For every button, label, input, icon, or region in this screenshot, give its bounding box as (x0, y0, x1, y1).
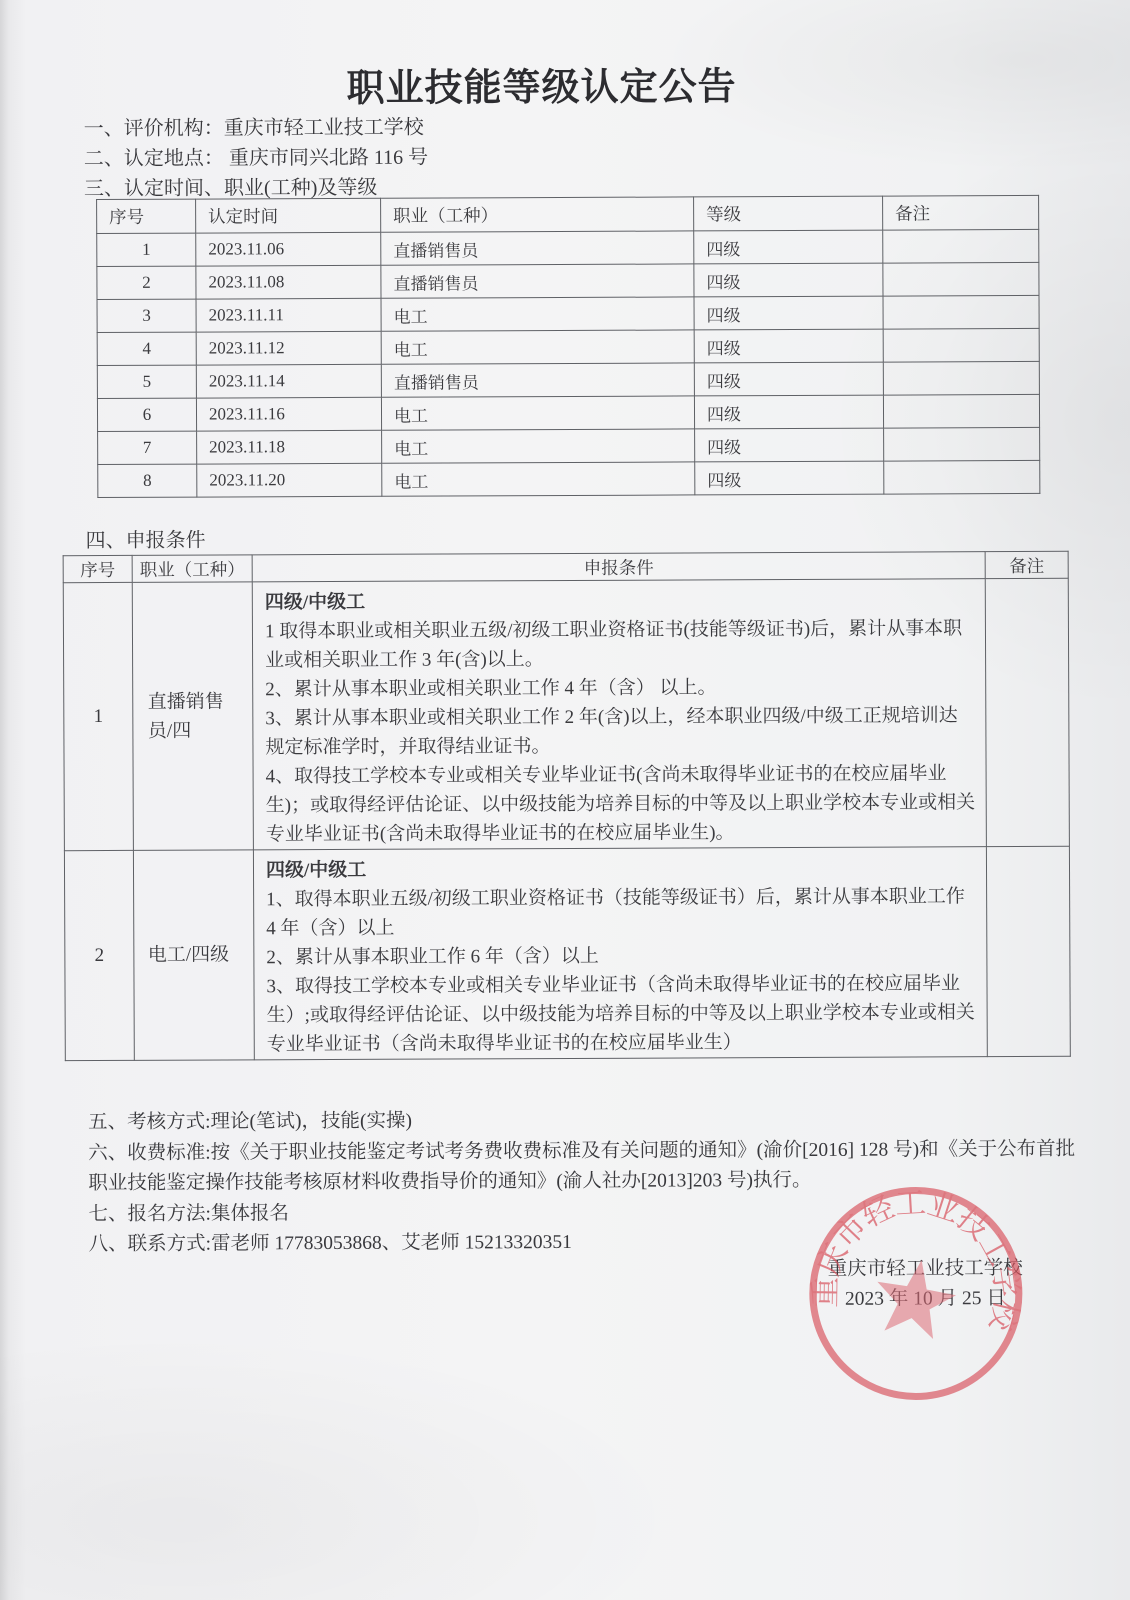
cell-job: 直播销售员/四 (132, 582, 253, 851)
cell-job: 电工 (382, 429, 695, 463)
cell-date: 2023.11.14 (196, 364, 381, 398)
cell-job: 直播销售员 (381, 264, 694, 298)
conditions-header-job: 职业（工种） (132, 555, 252, 583)
cell-note (883, 394, 1039, 428)
conditions-header-cond: 申报条件 (252, 552, 985, 582)
cell-note (884, 460, 1040, 494)
conditions-header-note: 备注 (985, 551, 1068, 578)
table-row: 3 2023.11.11 电工 四级 (97, 295, 1039, 332)
footer-item-fees: 六、收费标准:按《关于职业技能鉴定考试考务费收费标准及有关问题的通知》(渝价[2… (88, 1134, 1080, 1199)
scanned-announcement-page: 职业技能等级认定公告 一、评价机构：重庆市轻工业技工学校 二、认定地点： 重庆市… (0, 0, 1130, 1600)
cell-no: 2 (64, 850, 134, 1060)
schedule-header-row: 序号 认定时间 职业（工种） 等级 备注 (97, 195, 1039, 233)
cell-no: 5 (97, 365, 196, 398)
cell-date: 2023.11.06 (196, 232, 381, 266)
conditions-table: 序号 职业（工种） 申报条件 备注 1 直播销售员/四 四级/中级工 1 取得本… (63, 551, 1071, 1061)
table-row: 1 2023.11.06 直播销售员 四级 (97, 229, 1039, 266)
job-label: 直播销售员/四 (148, 687, 238, 745)
table-row: 6 2023.11.16 电工 四级 (97, 394, 1039, 431)
footer-item-assessment: 五、考核方式:理论(笔试)，技能(实操) (88, 1104, 1080, 1139)
cell-no: 7 (98, 431, 197, 464)
cell-note (883, 328, 1039, 362)
cell-note (883, 295, 1039, 329)
condition-item: 4、取得技工学校本专业或相关专业毕业证书(含尚未取得毕业证书的在校应届毕业生)；… (266, 759, 976, 849)
cell-level: 四级 (694, 263, 883, 297)
conditions-section-title: 四、申报条件 (85, 524, 205, 554)
schedule-header-level: 等级 (694, 196, 883, 231)
job-label: 电工/四级 (148, 940, 240, 969)
footer-item-registration: 七、报名方法:集体报名 (88, 1195, 1080, 1230)
cell-job: 电工 (381, 297, 694, 331)
cell-level: 四级 (694, 362, 883, 396)
cell-no: 6 (97, 398, 196, 431)
cell-no: 2 (97, 266, 196, 299)
cell-note (883, 229, 1039, 263)
cell-date: 2023.11.12 (196, 331, 381, 365)
cell-date: 2023.11.08 (196, 265, 381, 299)
intro-list: 一、评价机构：重庆市轻工业技工学校 二、认定地点： 重庆市同兴北路 116 号 … (84, 113, 429, 205)
conditions-row: 2 电工/四级 四级/中级工 1、取得本职业五级/初级工职业资格证书（技能等级证… (64, 846, 1070, 1060)
cell-no: 3 (97, 299, 196, 332)
table-row: 7 2023.11.18 电工 四级 (98, 427, 1040, 464)
cell-job: 直播销售员 (381, 363, 694, 397)
cell-job: 直播销售员 (381, 231, 694, 265)
schedule-header-note: 备注 (883, 195, 1039, 230)
cell-level: 四级 (694, 395, 883, 429)
cell-date: 2023.11.20 (197, 463, 382, 497)
cell-note (883, 262, 1039, 296)
condition-item: 2、累计从事本职业或相关职业工作 4 年（含） 以上。 (265, 672, 975, 704)
cell-conditions: 四级/中级工 1、取得本职业五级/初级工职业资格证书（技能等级证书）后，累计从事… (253, 847, 987, 1060)
intro-item-location: 二、认定地点： 重庆市同兴北路 116 号 (84, 143, 428, 175)
cell-date: 2023.11.16 (196, 397, 381, 431)
condition-item: 1 取得本职业或相关职业五级/初级工职业资格证书(技能等级证书)后，累计从事本职… (265, 614, 975, 675)
cell-job: 电工 (381, 330, 694, 364)
conditions-header-no: 序号 (63, 555, 132, 582)
cell-level: 四级 (695, 461, 884, 495)
condition-item: 3、取得技工学校本专业或相关专业毕业证书（含尚未取得毕业证书的在校应届毕业生）;… (266, 969, 976, 1059)
signature-date: 2023 年 10 月 25 日 (798, 1284, 1053, 1315)
cell-note (986, 846, 1070, 1056)
condition-level: 四级/中级工 (266, 853, 976, 885)
table-row: 2 2023.11.08 直播销售员 四级 (97, 262, 1039, 299)
intro-item-evaluator: 一、评价机构：重庆市轻工业技工学校 (84, 113, 428, 145)
cell-note (883, 361, 1039, 395)
signature-block: 重庆市轻工业技工学校 2023 年 10 月 25 日 (798, 1254, 1053, 1315)
cell-level: 四级 (695, 428, 884, 462)
schedule-header-job: 职业（工种） (381, 197, 694, 232)
footer-sections: 五、考核方式:理论(笔试)，技能(实操) 六、收费标准:按《关于职业技能鉴定考试… (88, 1104, 1081, 1261)
cell-no: 1 (97, 233, 196, 266)
cell-level: 四级 (694, 296, 883, 330)
cell-no: 4 (97, 332, 196, 365)
conditions-row: 1 直播销售员/四 四级/中级工 1 取得本职业或相关职业五级/初级工职业资格证… (63, 578, 1069, 850)
table-row: 5 2023.11.14 直播销售员 四级 (97, 361, 1039, 398)
cell-level: 四级 (694, 329, 883, 363)
condition-item: 2、累计从事本职业工作 6 年（含）以上 (266, 940, 976, 972)
cell-job: 电工 (382, 462, 695, 496)
cell-note (985, 578, 1069, 846)
cell-date: 2023.11.18 (197, 430, 382, 464)
cell-note (884, 427, 1040, 461)
condition-item: 3、累计从事本职业或相关职业工作 2 年(含)以上，经本职业四级/中级工正规培训… (265, 701, 975, 762)
cell-conditions: 四级/中级工 1 取得本职业或相关职业五级/初级工职业资格证书(技能等级证书)后… (252, 579, 986, 850)
cell-job: 电工/四级 (133, 850, 254, 1061)
cell-date: 2023.11.11 (196, 298, 381, 332)
cell-no: 8 (98, 464, 197, 497)
condition-item: 1、取得本职业五级/初级工职业资格证书（技能等级证书）后，累计从事本职业工作 4… (266, 882, 976, 943)
schedule-table: 序号 认定时间 职业（工种） 等级 备注 1 2023.11.06 直播销售员 … (96, 195, 1040, 498)
table-row: 4 2023.11.12 电工 四级 (97, 328, 1039, 365)
table-row: 8 2023.11.20 电工 四级 (98, 460, 1040, 497)
schedule-header-no: 序号 (97, 199, 196, 233)
schedule-header-date: 认定时间 (196, 198, 381, 233)
cell-level: 四级 (694, 230, 883, 264)
page-content: 职业技能等级认定公告 一、评价机构：重庆市轻工业技工学校 二、认定地点： 重庆市… (0, 0, 1130, 1600)
cell-no: 1 (63, 582, 133, 850)
cell-job: 电工 (381, 396, 694, 430)
signature-org: 重庆市轻工业技工学校 (798, 1254, 1053, 1285)
page-title: 职业技能等级认定公告 (0, 54, 1086, 114)
condition-level: 四级/中级工 (265, 585, 975, 617)
